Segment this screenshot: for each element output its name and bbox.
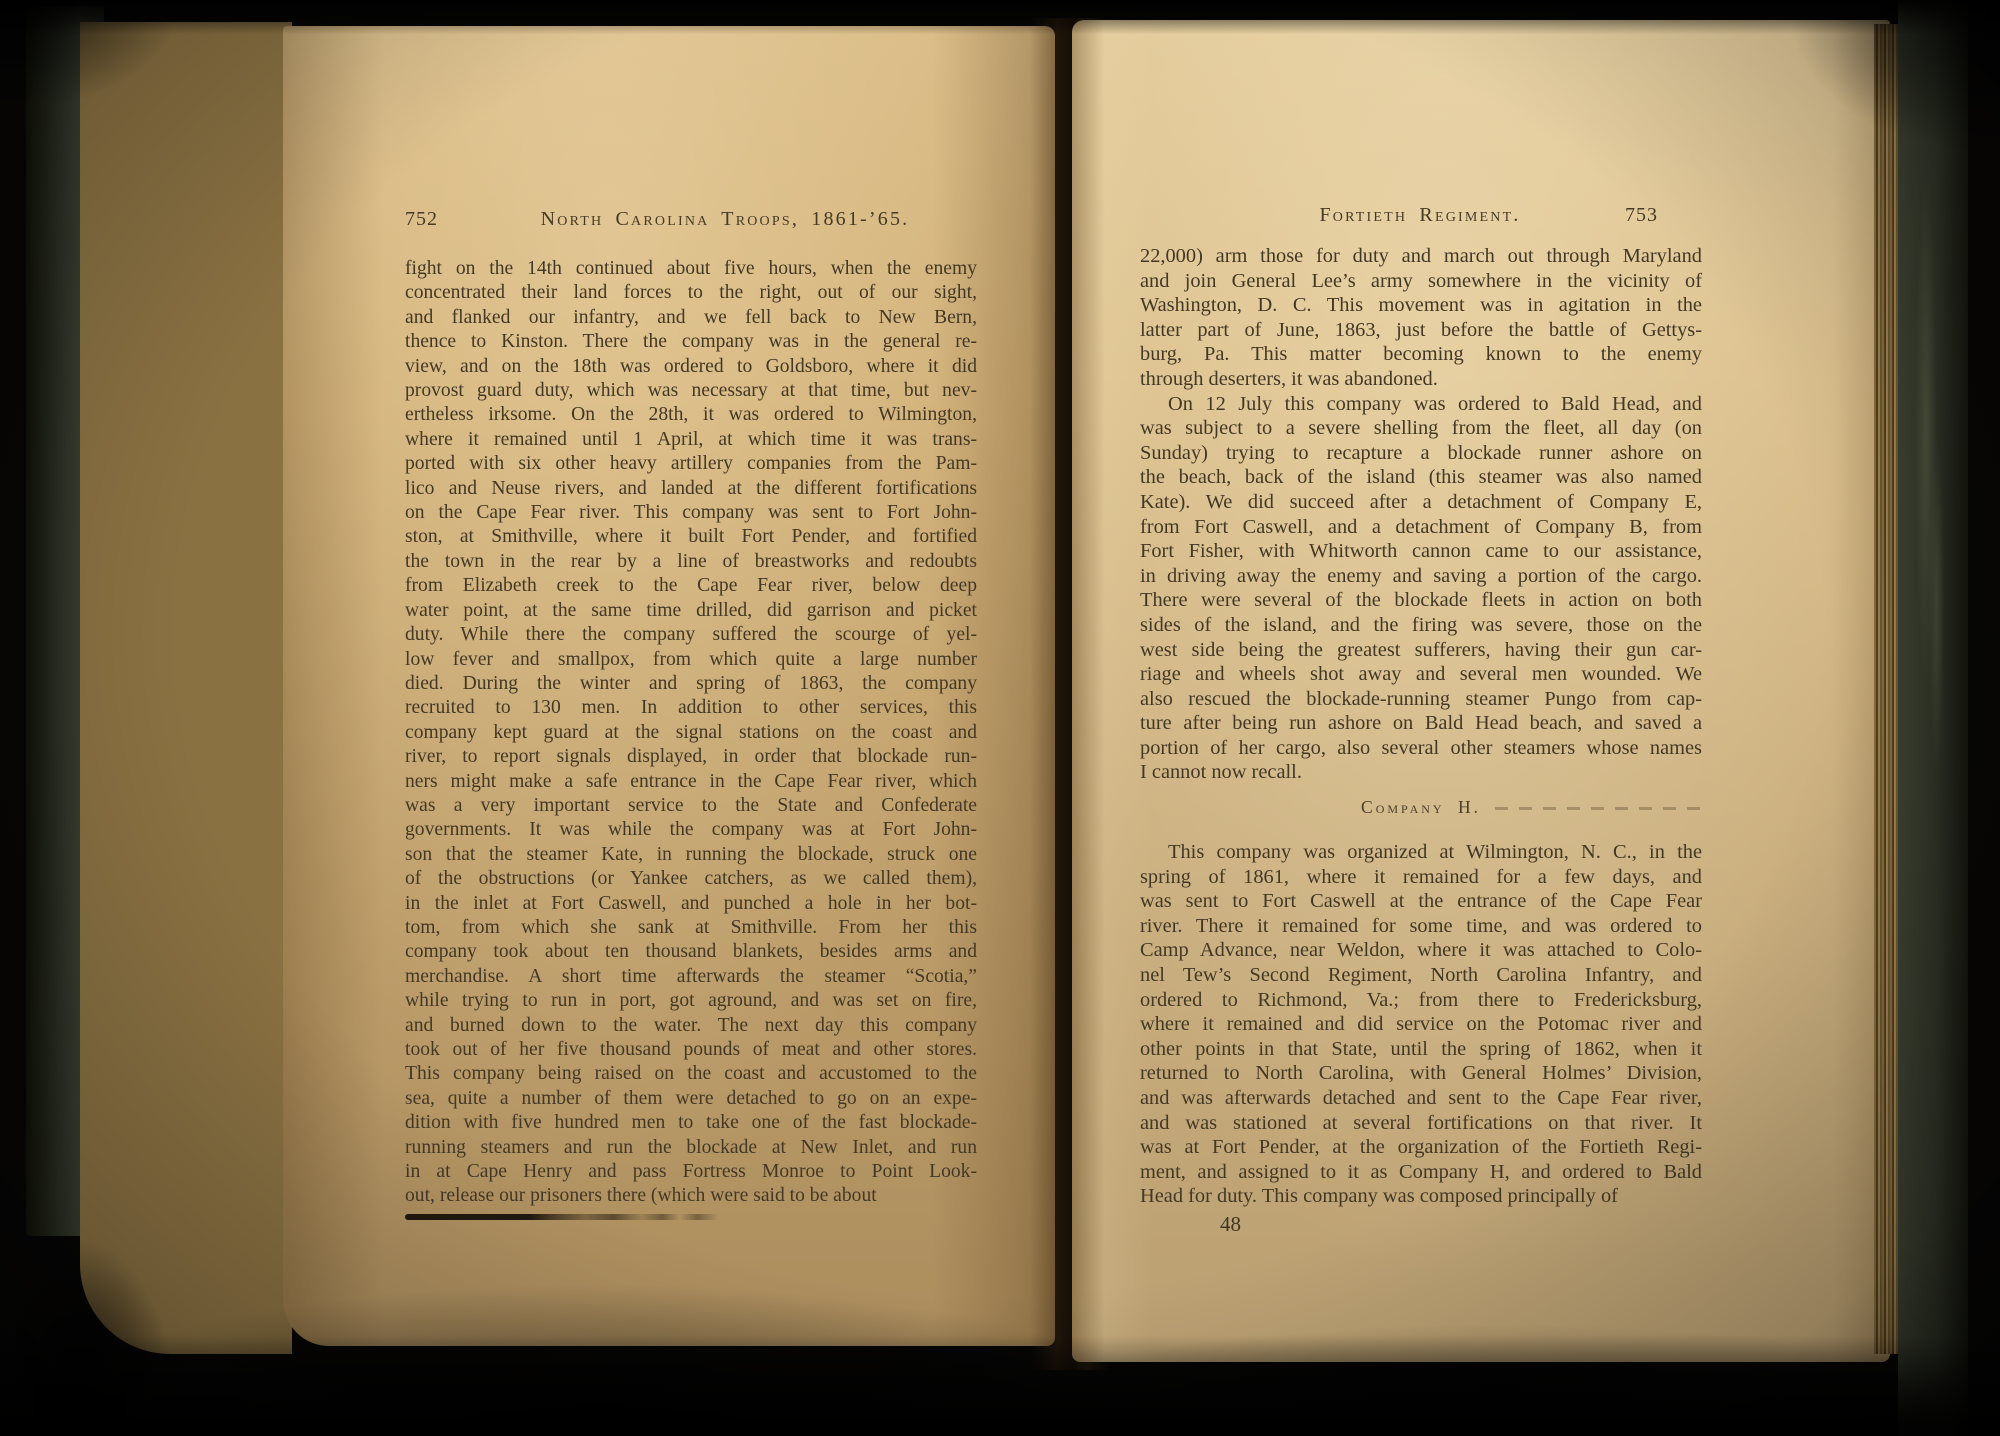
text-line: Fort Fisher, with Whitworth cannon came … (1140, 539, 1702, 564)
text-line: portion of her cargo, also several other… (1140, 736, 1702, 761)
text-line: view, and on the 18th was ordered to Gol… (405, 355, 977, 379)
page-edges-left (80, 22, 292, 1354)
text-line: Sunday) trying to recapture a blockade r… (1140, 441, 1702, 466)
text-line: lico and Neuse rivers, and landed at the… (405, 477, 977, 501)
text-line: provost guard duty, which was necessary … (405, 379, 977, 403)
text-line: out, release our prisoners there (which … (405, 1184, 977, 1208)
text-line: in the inlet at Fort Caswell, and punche… (405, 892, 977, 916)
text-line: and burned down to the water. The next d… (405, 1014, 977, 1038)
text-line: On 12 July this company was ordered to B… (1140, 392, 1702, 417)
text-line: There were several of the blockade fleet… (1140, 588, 1702, 613)
text-line: company took about ten thousand blankets… (405, 940, 977, 964)
text-line: ment, and assigned to it as Company H, a… (1140, 1160, 1702, 1185)
text-line: running steamers and run the blockade at… (405, 1136, 977, 1160)
text-line: also rescued the blockade-running steame… (1140, 687, 1702, 712)
text-line: Head for duty. This company was composed… (1140, 1184, 1702, 1209)
text-line: ertheless irksome. On the 28th, it was o… (405, 403, 977, 427)
book-cover-right (1898, 0, 1968, 1436)
page-number-right: 753 (1625, 204, 1658, 227)
text-line: and join General Lee’s army somewhere in… (1140, 269, 1702, 294)
text-line: river, to report signals displayed, in o… (405, 745, 977, 769)
text-line: through deserters, it was abandoned. (1140, 367, 1702, 392)
text-line: tom, from which she sank at Smithville. … (405, 916, 977, 940)
text-line: sides of the island, and the firing was … (1140, 613, 1702, 638)
section-heading-row: Company H. (1140, 795, 1702, 820)
text-line: This company was organized at Wilmington… (1140, 840, 1702, 865)
right-page-text: 22,000) arm those for duty and march out… (1140, 244, 1702, 1237)
left-page-text: fight on the 14th continued about five h… (405, 257, 977, 1209)
text-line: thence to Kinston. There the company was… (405, 330, 977, 354)
text-line: died. During the winter and spring of 18… (405, 672, 977, 696)
text-line: concentrated their land forces to the ri… (405, 281, 977, 305)
text-line: dition with five hundred men to take one… (405, 1111, 977, 1135)
text-line: Kate). We did succeed after a detachment… (1140, 490, 1702, 515)
text-line: was a very important service to the Stat… (405, 794, 977, 818)
page-752: 752 North Carolina Troops, 1861-’65. fig… (283, 26, 1055, 1346)
text-line: sea, quite a number of them were detache… (405, 1087, 977, 1111)
text-line: while trying to run in port, got aground… (405, 989, 977, 1013)
text-line: from Fort Caswell, and a detachment of C… (1140, 515, 1702, 540)
text-line: fight on the 14th continued about five h… (405, 257, 977, 281)
right-page-text-top: 22,000) arm those for duty and march out… (1140, 244, 1702, 785)
text-line: 22,000) arm those for duty and march out… (1140, 244, 1702, 269)
text-line: I cannot now recall. (1140, 760, 1702, 785)
text-line: low fever and smallpox, from which quite… (405, 648, 977, 672)
text-line: latter part of June, 1863, just before t… (1140, 318, 1702, 343)
text-line: ture after being run ashore on Bald Head… (1140, 711, 1702, 736)
text-line: This company being raised on the coast a… (405, 1062, 977, 1086)
text-line: on the Cape Fear river. This company was… (405, 501, 977, 525)
text-line: ners might make a safe entrance in the C… (405, 770, 977, 794)
text-line: other points in that State, until the sp… (1140, 1037, 1702, 1062)
text-line: where it remained and did service on the… (1140, 1012, 1702, 1037)
text-line: where it remained until 1 April, at whic… (405, 428, 977, 452)
print-artifact (1495, 807, 1710, 810)
right-page-text-bottom: This company was organized at Wilmington… (1140, 840, 1702, 1209)
text-line: and was afterwards detached and sent to … (1140, 1086, 1702, 1111)
text-line: took out of her five thousand pounds of … (405, 1038, 977, 1062)
text-line: river. There it remained for some time, … (1140, 914, 1702, 939)
page-header-right: Fortieth Regiment. 753 (1140, 204, 1700, 227)
text-line: Camp Advance, near Weldon, where it was … (1140, 938, 1702, 963)
page-753: Fortieth Regiment. 753 22,000) arm those… (1072, 20, 1890, 1362)
text-line: in driving away the enemy and saving a p… (1140, 564, 1702, 589)
text-line: the beach, back of the island (this stea… (1140, 465, 1702, 490)
text-line: merchandise. A short time afterwards the… (405, 965, 977, 989)
book-photo: 752 North Carolina Troops, 1861-’65. fig… (0, 0, 2000, 1436)
text-line: company kept guard at the signal station… (405, 721, 977, 745)
text-line: spring of 1861, where it remained for a … (1140, 865, 1702, 890)
text-line: was subject to a severe shelling from th… (1140, 416, 1702, 441)
text-line: and was stationed at several fortificati… (1140, 1111, 1702, 1136)
text-line: burg, Pa. This matter becoming known to … (1140, 342, 1702, 367)
text-line: recruited to 130 men. In addition to oth… (405, 696, 977, 720)
text-line: was at Fort Pender, at the organization … (1140, 1135, 1702, 1160)
ink-smudge (405, 1214, 753, 1220)
text-line: of the obstructions (or Yankee catchers,… (405, 867, 977, 891)
running-header-right: Fortieth Regiment. (1140, 204, 1700, 227)
text-line: was sent to Fort Caswell at the entrance… (1140, 889, 1702, 914)
text-line: ston, at Smithville, where it built Fort… (405, 525, 977, 549)
page-header-left: 752 North Carolina Troops, 1861-’65. (405, 208, 975, 231)
text-line: nel Tew’s Second Regiment, North Carolin… (1140, 963, 1702, 988)
text-line: from Elizabeth creek to the Cape Fear ri… (405, 574, 977, 598)
text-line: ported with six other heavy artillery co… (405, 452, 977, 476)
text-line: and flanked our infantry, and we fell ba… (405, 306, 977, 330)
text-line: returned to North Carolina, with General… (1140, 1061, 1702, 1086)
text-line: west side being the greatest sufferers, … (1140, 638, 1702, 663)
text-line: water point, at the same time drilled, d… (405, 599, 977, 623)
page-number-left: 752 (405, 208, 438, 231)
text-line: riage and wheels shot away and several m… (1140, 662, 1702, 687)
text-line: son that the steamer Kate, in running th… (405, 843, 977, 867)
text-line: the town in the rear by a line of breast… (405, 550, 977, 574)
text-line: duty. While there the company suffered t… (405, 623, 977, 647)
text-line: ordered to Richmond, Va.; from there to … (1140, 988, 1702, 1013)
text-line: Washington, D. C. This movement was in a… (1140, 293, 1702, 318)
running-header-left: North Carolina Troops, 1861-’65. (405, 208, 975, 231)
text-line: governments. It was while the company wa… (405, 818, 977, 842)
signature-mark: 48 (1140, 1212, 1702, 1237)
text-line: in at Cape Henry and pass Fortress Monro… (405, 1160, 977, 1184)
